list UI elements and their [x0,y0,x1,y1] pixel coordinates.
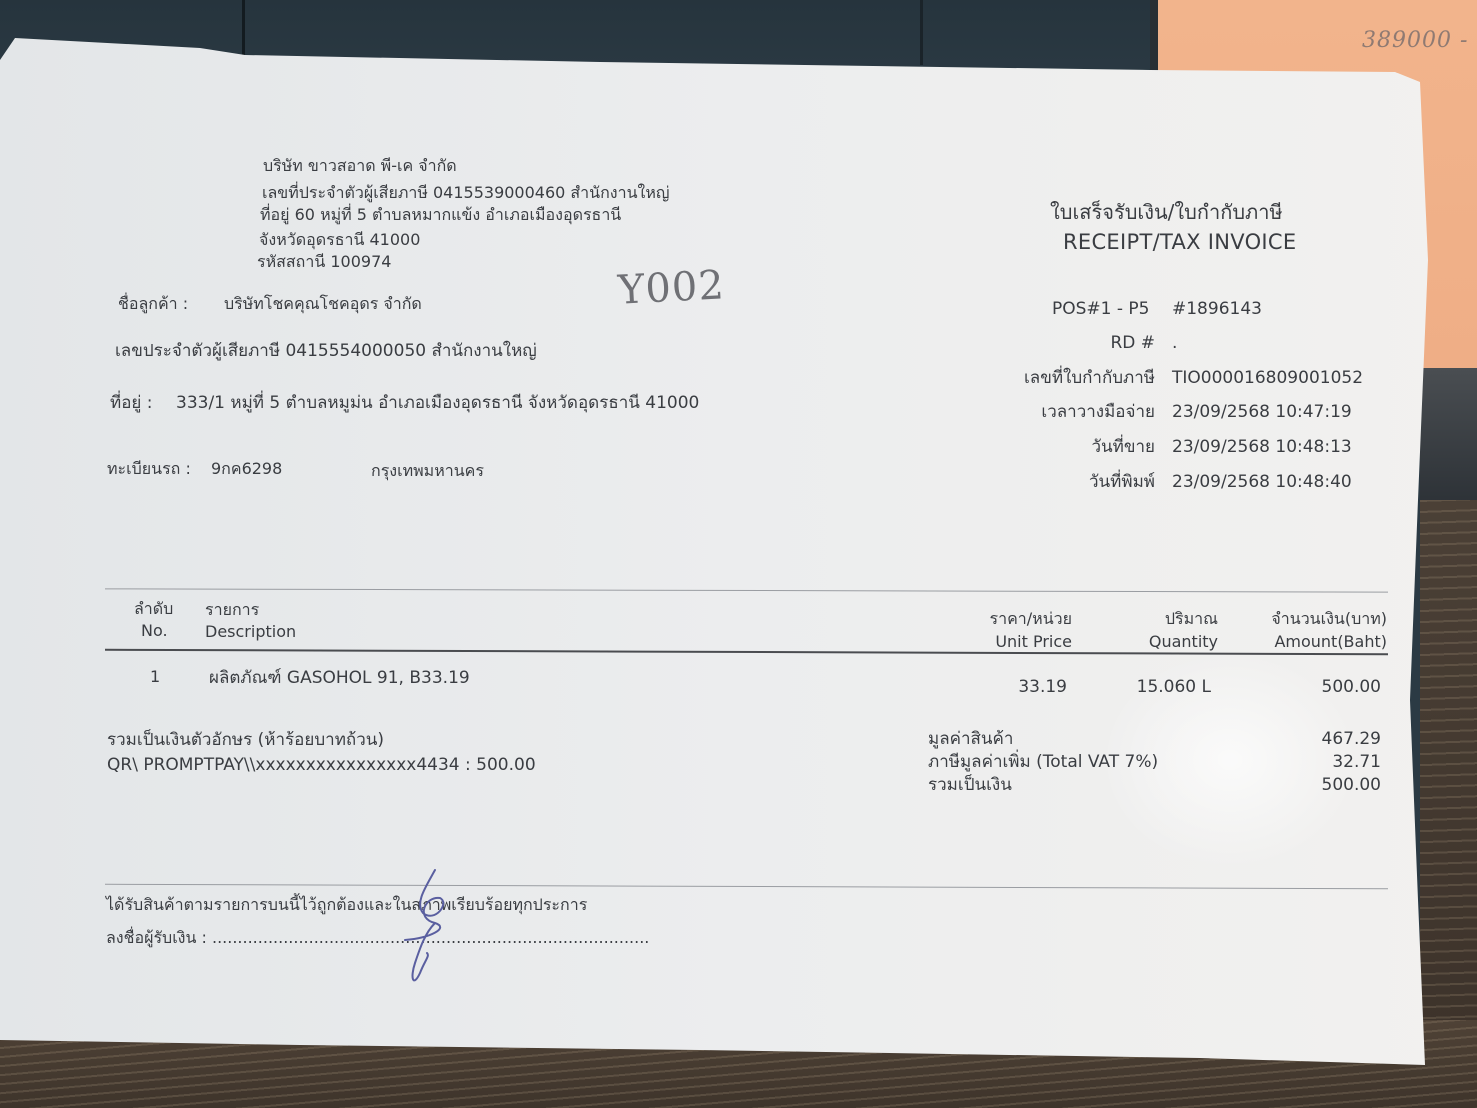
nozzle-time-value: 23/09/2568 10:47:19 [1172,403,1352,423]
background-edge [1150,0,1158,75]
seller-address-line1: ที่อยู่ 60 หมู่ที่ 5 ตำบลหมากแข้ง อำเภอเ… [260,206,621,224]
document-title-th: ใบเสร็จรับเงิน/ใบกำกับภาษี [1050,201,1283,224]
vat-label: ภาษีมูลค่าเพิ่ม (Total VAT 7%) [928,753,1158,773]
document-title-en: RECEIPT/TAX INVOICE [1063,230,1296,254]
nozzle-time-label: เวลาวางมือจ่าย [1041,403,1155,423]
vehicle-plate-label: ทะเบียนรถ : [107,460,191,478]
col-desc-en: Description [205,623,296,641]
footer-rule [105,884,1388,889]
subtotal-value: 467.29 [1322,730,1381,750]
row-unit-price: 33.19 [1018,678,1067,698]
table-top-rule [105,588,1388,592]
row-no: 1 [150,668,160,686]
col-price-en: Unit Price [995,633,1072,651]
col-qty-en: Quantity [1149,633,1218,651]
amount-in-words: รวมเป็นเงินตัวอักษร (ห้าร้อยบาทถ้วน) [107,731,384,751]
customer-address-label: ที่อยู่ : [110,394,153,414]
customer-name: บริษัทโชคคุณโชคอุดร จำกัด [224,295,422,313]
grand-total-value: 500.00 [1322,776,1381,796]
background-object [1420,368,1477,508]
row-description: ผลิตภัณฑ์ GASOHOL 91, B33.19 [209,669,470,689]
handwritten-signature [395,868,475,993]
seller-company-name: บริษัท ขาวสอาด พี-เค จำกัด [263,157,457,175]
customer-tax-id: เลขประจำตัวผู้เสียภาษี 0415554000050 สำน… [115,342,537,362]
seller-address-line2: จังหวัดอุดรธานี 41000 [259,231,420,249]
background-wood-right [1420,500,1477,1108]
handwritten-code: Y002 [617,262,726,314]
print-date-value: 23/09/2568 10:48:40 [1172,473,1352,493]
col-amount-th: จำนวนเงิน(บาท) [1271,610,1387,628]
row-amount: 500.00 [1322,678,1381,698]
grand-total-label: รวมเป็นเงิน [928,776,1012,796]
col-price-th: ราคา/หน่วย [990,610,1073,628]
background-seam [920,0,923,65]
col-qty-th: ปริมาณ [1165,610,1218,628]
sale-date-label: วันที่ขาย [1091,438,1155,458]
tax-invoice-no-label: เลขที่ใบกำกับภาษี [1024,369,1155,389]
rd-value: . [1172,334,1177,354]
col-amount-en: Amount(Baht) [1274,633,1387,651]
receipt-paper: บริษัท ขาวสอาด พี-เค จำกัด เลขที่ประจำตั… [0,0,1477,1108]
col-no-en: No. [141,622,168,640]
vehicle-province: กรุงเทพมหานคร [371,462,484,480]
seller-station-code: รหัสสถานี 100974 [257,253,391,271]
seller-tax-id: เลขที่ประจำตัวผู้เสียภาษี 0415539000460 … [262,184,670,202]
col-no-th: ลำดับ [134,600,173,618]
background-handwritten-note: 389000 - [1362,28,1468,53]
payment-method: QR\ PROMPTPAY\\xxxxxxxxxxxxxxxx4434 : 50… [107,756,536,776]
tax-invoice-no-value: TIO000016809001052 [1172,369,1363,389]
pos-receipt-number: #1896143 [1172,300,1262,320]
sale-date-value: 23/09/2568 10:48:13 [1172,438,1352,458]
pos-terminal: POS#1 - P5 [1052,300,1150,320]
customer-address: 333/1 หมู่ที่ 5 ตำบลหมูม่น อำเภอเมืองอุด… [176,394,699,414]
row-quantity: 15.060 L [1137,678,1211,698]
vat-value: 32.71 [1332,753,1381,773]
print-date-label: วันที่พิมพ์ [1089,473,1155,493]
col-desc-th: รายการ [205,601,259,619]
customer-name-label: ชื่อลูกค้า : [118,295,188,313]
background-seam [242,0,245,60]
subtotal-label: มูลค่าสินค้า [928,730,1013,750]
vehicle-plate: 9กค6298 [211,460,282,478]
rd-label: RD # [1110,334,1155,354]
receipt-confirmation: ได้รับสินค้าตามรายการบนนี้ไว้ถูกต้องและใ… [106,896,587,914]
signature-line: ลงชื่อผู้รับเงิน : .....................… [106,929,649,947]
